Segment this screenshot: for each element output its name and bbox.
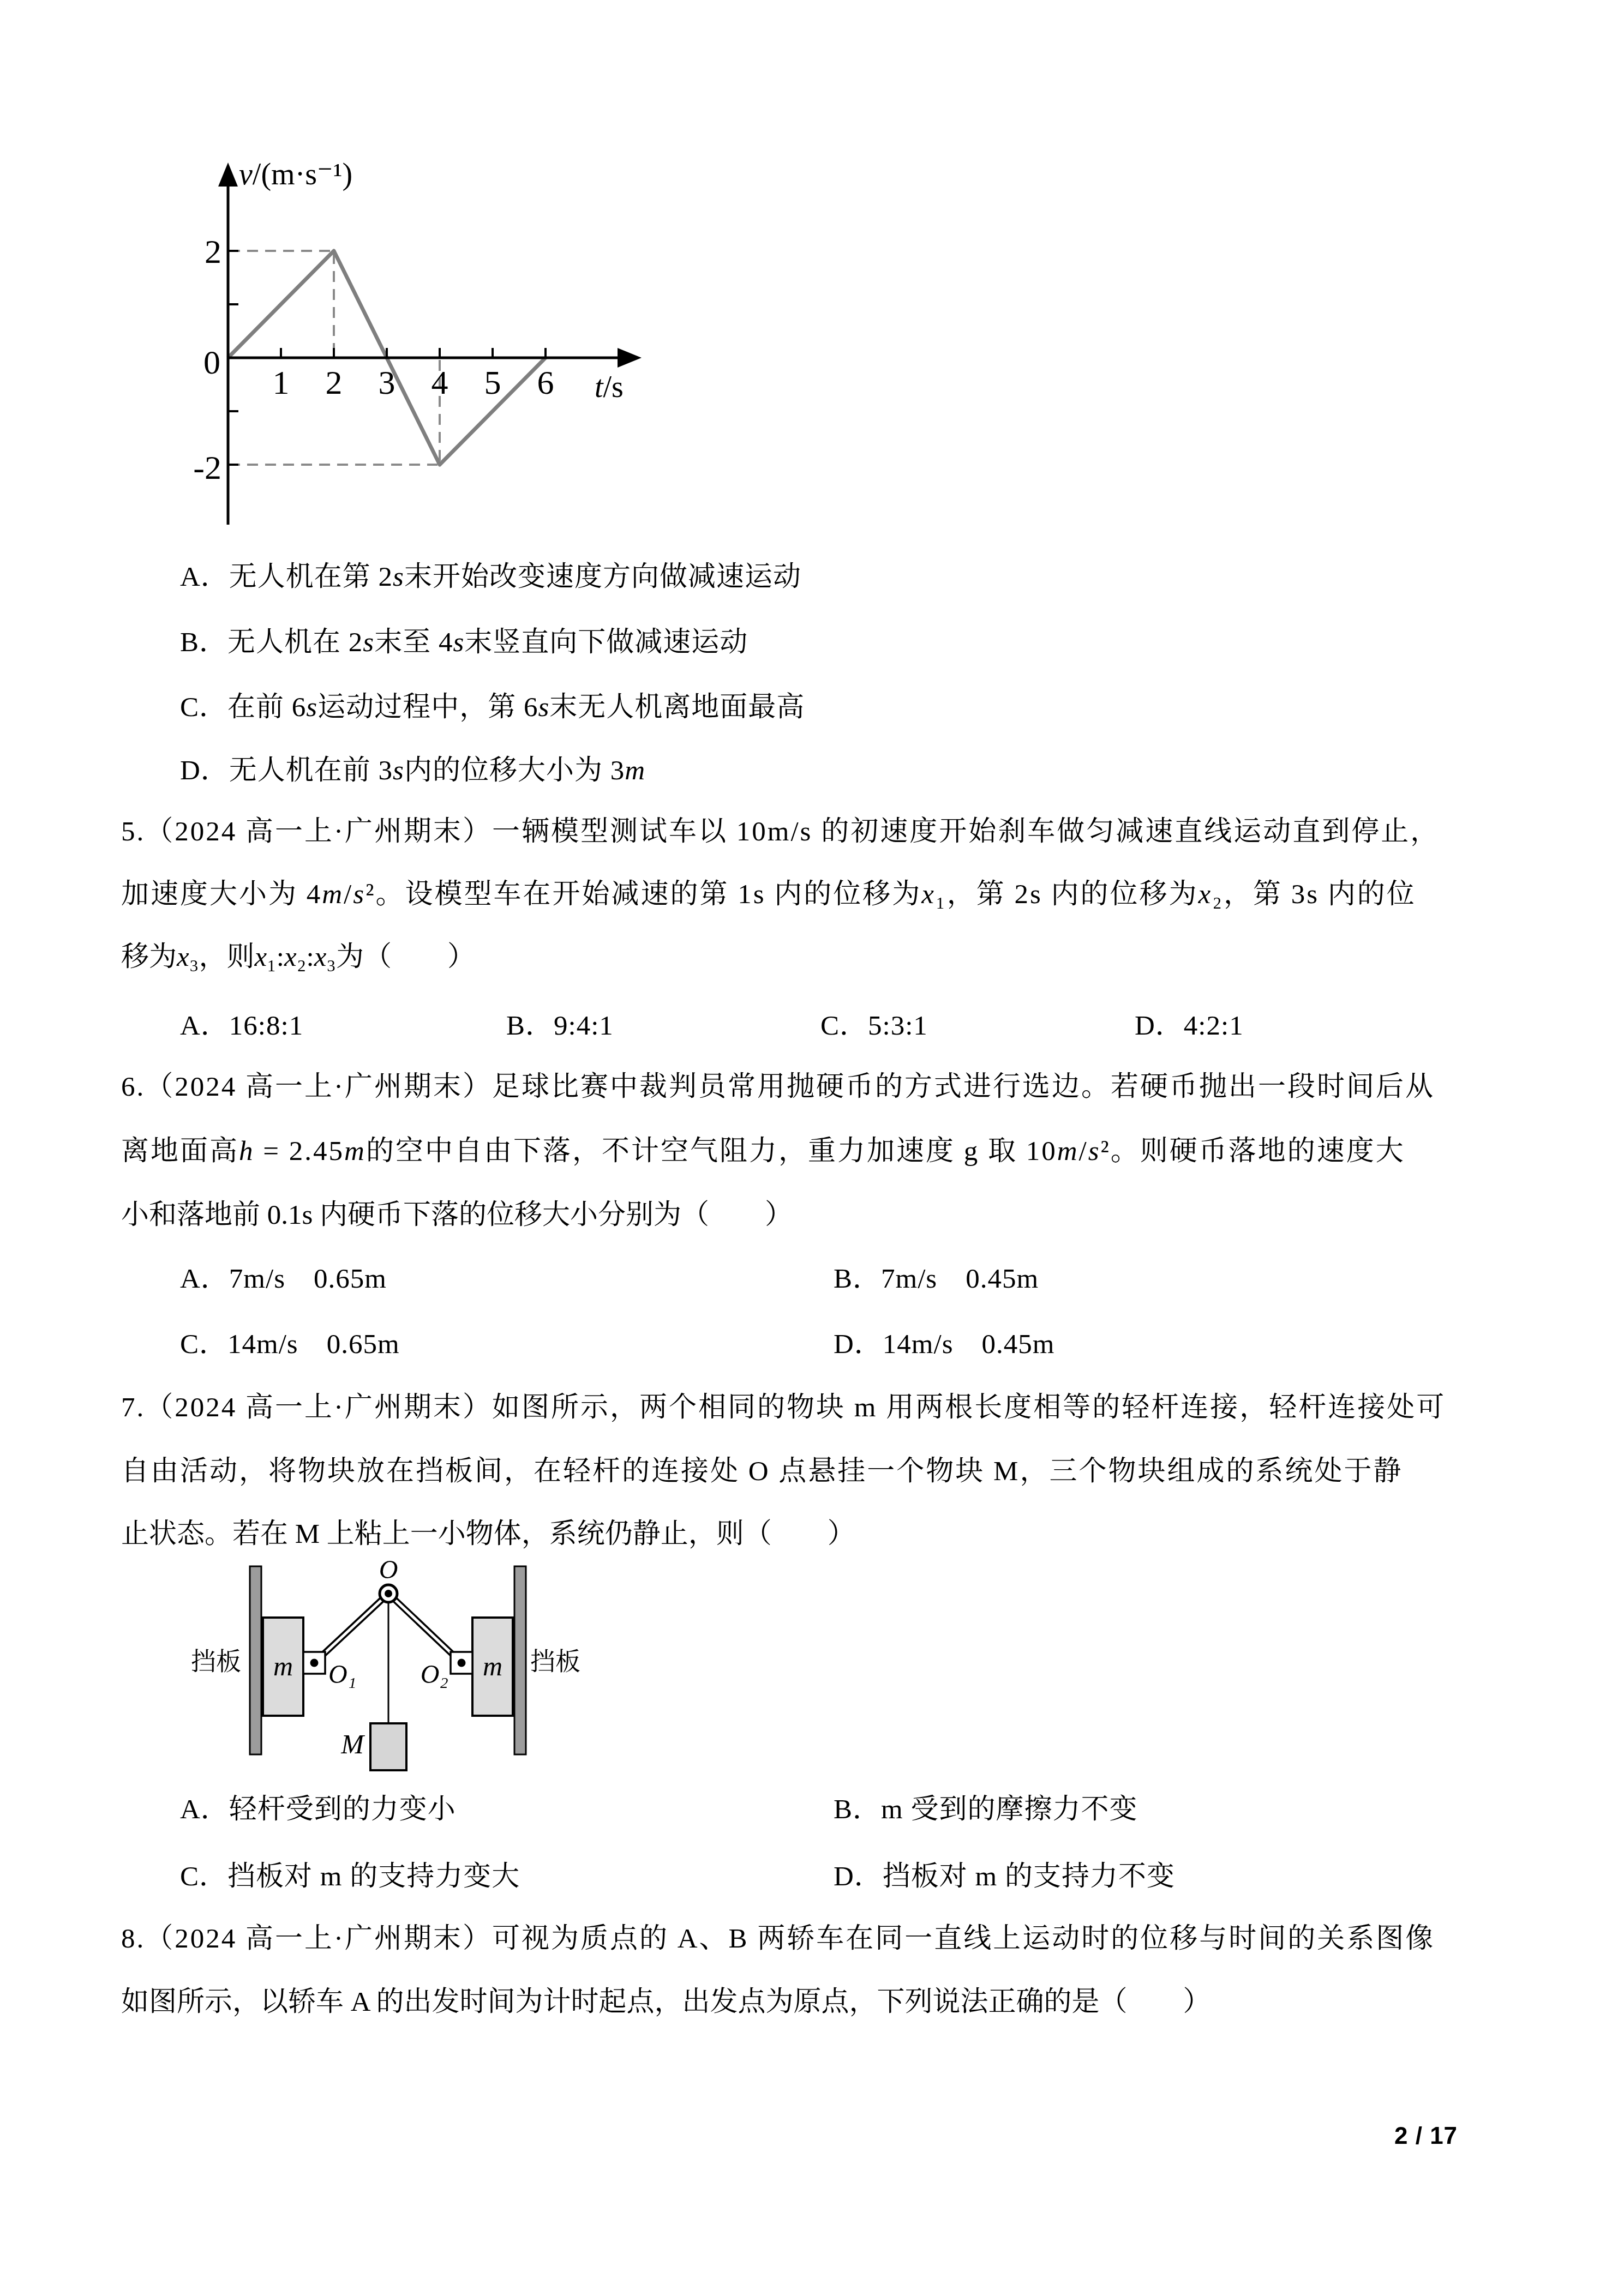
q4-option-a: A．无人机在第 2s末开始改变速度方向做减速运动 — [180, 554, 801, 594]
y-tick-label-m2: -2 — [193, 449, 221, 486]
x-tick-label-6: 6 — [537, 364, 554, 401]
q6-option-b: B．7m/s 0.45m — [834, 1255, 1039, 1296]
x-tick-label-1: 1 — [273, 364, 290, 401]
q6-option-d: D．14m/s 0.45m — [834, 1321, 1054, 1361]
q7-option-d: D．挡板对 m 的支持力不变 — [834, 1853, 1175, 1894]
right-joint-label: O₂ — [421, 1660, 448, 1689]
page-number: 2 / 17 — [1394, 2123, 1458, 2150]
q4-option-b: B．无人机在 2s末至 4s末竖直向下做减速运动 — [180, 619, 748, 659]
q6-option-a: A．7m/s 0.65m — [180, 1255, 387, 1296]
q6-line-1: 6.（2024 高一上·广州期末）足球比赛中裁判员常用抛硬币的方式进行选边。若硬… — [121, 1063, 1435, 1104]
x-tick-label-3: 3 — [379, 364, 395, 401]
q8-line-2: 如图所示，以轿车 A 的出发时间为计时起点，出发点为原点，下列说法正确的是（ ） — [121, 1979, 1211, 2019]
q5-line-2: 加速度大小为 4m/s²。设模型车在开始减速的第 1s 内的位移为x₁，第 2s… — [121, 871, 1416, 911]
q4-option-c: C．在前 6s运动过程中，第 6s末无人机离地面最高 — [180, 684, 805, 724]
q6-line-3: 小和落地前 0.1s 内硬币下落的位移大小分别为（ ） — [121, 1192, 793, 1232]
exam-page: { "page": { "number": "2 / 17" }, "chart… — [0, 0, 1624, 2296]
velocity-time-graph: 2 0 -2 1 2 3 4 5 6 v/(m·s⁻¹) t/s — [164, 153, 655, 534]
q7-option-b: B．m 受到的摩擦力不变 — [834, 1786, 1137, 1826]
x-axis-label: t/s — [595, 370, 624, 404]
q5-option-a: A．16:8:1 — [180, 1002, 303, 1043]
q7-line-3: 止状态。若在 M 上粘上一小物体，系统仍静止，则（ ） — [121, 1511, 855, 1551]
q7-option-a: A．轻杆受到的力变小 — [180, 1786, 456, 1826]
q6-line-2: 离地面高h = 2.45m的空中自由下落，不计空气阻力，重力加速度 g 取 10… — [121, 1128, 1405, 1168]
x-tick-label-4: 4 — [432, 364, 448, 401]
right-hinge-pin — [458, 1659, 466, 1667]
right-block-label: m — [483, 1651, 502, 1681]
apex-label: O — [379, 1555, 398, 1584]
right-board — [514, 1566, 526, 1754]
q5-option-b: B．9:4:1 — [506, 1002, 614, 1043]
q6-option-c: C．14m/s 0.65m — [180, 1321, 400, 1361]
q5-option-d: D．4:2:1 — [1135, 1002, 1244, 1043]
rod-block-system-figure: 挡板 挡板 m m O₁ O₂ O M — [180, 1554, 595, 1783]
y-axis-label: v/(m·s⁻¹) — [239, 158, 352, 191]
y-tick-label-2: 2 — [205, 233, 221, 271]
left-board — [250, 1566, 261, 1754]
x-axis-ticks — [281, 348, 546, 358]
x-tick-label-5: 5 — [484, 364, 501, 401]
left-board-label: 挡板 — [191, 1648, 241, 1675]
graph-axes — [227, 181, 620, 525]
weight-M-block — [370, 1723, 406, 1770]
apex-joint-pin — [385, 1590, 392, 1597]
q5-line-1: 5.（2024 高一上·广州期末）一辆模型测试车以 10m/s 的初速度开始刹车… — [121, 808, 1440, 849]
q7-line-1: 7.（2024 高一上·广州期末）如图所示，两个相同的物块 m 用两根长度相等的… — [121, 1384, 1446, 1425]
left-joint-label: O₁ — [328, 1660, 356, 1689]
q5-option-c: C．5:3:1 — [820, 1002, 928, 1043]
left-block-label: m — [273, 1651, 293, 1681]
q5-line-3: 移为x₃，则x₁:x₂:x₃为（ ） — [121, 934, 475, 974]
q8-line-1: 8.（2024 高一上·广州期末）可视为质点的 A、B 两轿车在同一直线上运动时… — [121, 1915, 1435, 1956]
right-board-label: 挡板 — [530, 1648, 580, 1675]
weight-label: M — [340, 1729, 365, 1759]
x-axis-arrow — [618, 348, 642, 368]
q7-option-c: C．挡板对 m 的支持力变大 — [180, 1853, 520, 1894]
q7-line-2: 自由活动，将物块放在挡板间，在轻杆的连接处 O 点悬挂一个物块 M，三个物块组成… — [121, 1448, 1403, 1488]
x-tick-label-2: 2 — [326, 364, 343, 401]
y-tick-label-0: 0 — [203, 344, 220, 381]
q4-option-d: D．无人机在前 3s内的位移大小为 3m — [180, 747, 645, 788]
left-hinge-pin — [310, 1659, 319, 1667]
y-axis-arrow — [218, 163, 238, 187]
